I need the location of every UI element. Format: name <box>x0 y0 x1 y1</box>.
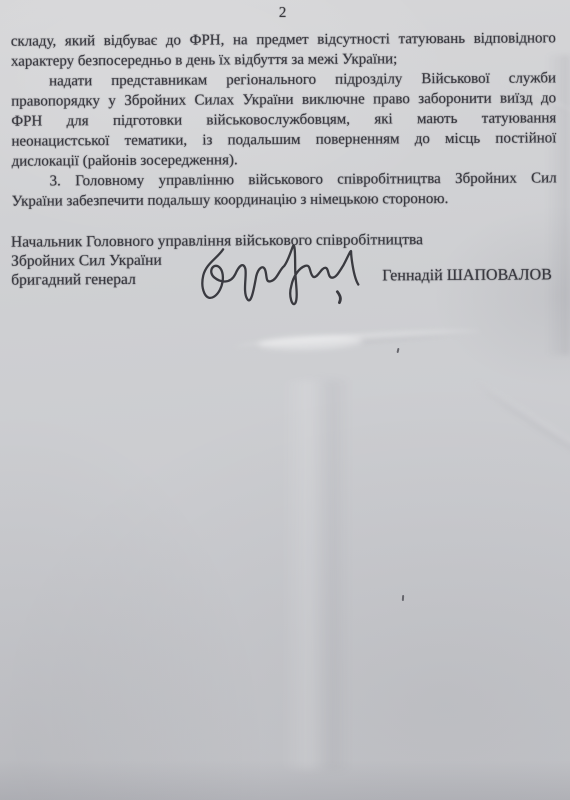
body-line-6: неонацистської тематики, із подальшим по… <box>11 128 556 151</box>
body-line-9: України забезпечити подальшу координацію… <box>12 188 557 211</box>
body-line-8: 3. Головному управлінню військового спів… <box>12 168 557 191</box>
document-content: 2 складу, який відбуває до ФРН, на предм… <box>0 0 570 800</box>
body-line-1: складу, який відбуває до ФРН, на предмет… <box>11 28 556 51</box>
signature-scribble-icon <box>187 235 373 318</box>
signatory-name: Геннадій ШАПОВАЛОВ <box>382 266 552 285</box>
body-text: складу, який відбуває до ФРН, на предмет… <box>11 28 557 211</box>
signature <box>187 235 373 318</box>
document-photo: 2 складу, який відбуває до ФРН, на предм… <box>0 0 570 800</box>
page-number: 2 <box>0 3 568 23</box>
